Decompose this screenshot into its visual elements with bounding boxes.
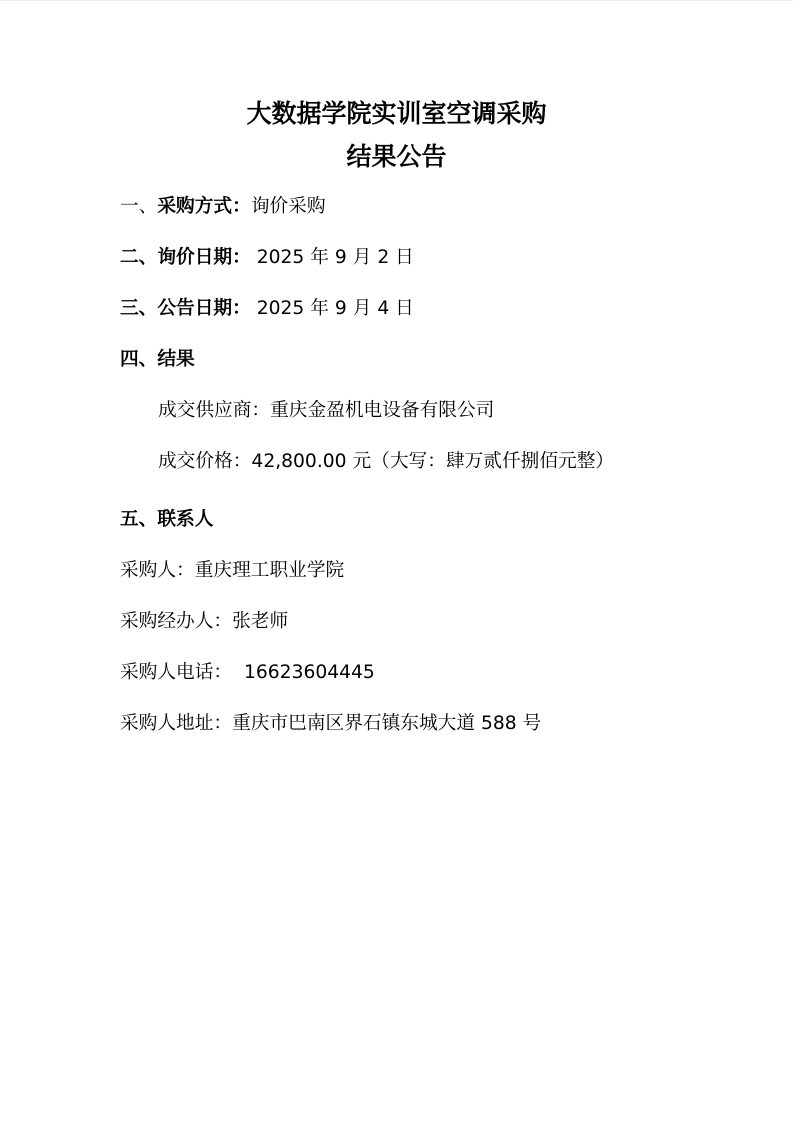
section-number: 一、 bbox=[120, 196, 157, 217]
contact-heading-label: 五、联系人 bbox=[120, 509, 213, 530]
contact-address-line: 采购人地址：重庆市巴南区界石镇东城大道 588 号 bbox=[120, 711, 673, 737]
contact-agent-line: 采购经办人：张老师 bbox=[120, 609, 673, 635]
section-result-heading: 四、结果 bbox=[120, 347, 673, 373]
contact-phone-line: 采购人电话： 16623604445 bbox=[120, 660, 673, 686]
announce-date-value: 2025 年 9 月 4 日 bbox=[251, 298, 414, 319]
section-contact-heading: 五、联系人 bbox=[120, 500, 673, 533]
title-line-2: 结果公告 bbox=[120, 135, 673, 178]
section-announce-date: 三、公告日期： 2025 年 9 月 4 日 bbox=[120, 296, 673, 322]
inquiry-date-label: 二、询价日期： bbox=[120, 247, 251, 268]
inquiry-date-value: 2025 年 9 月 2 日 bbox=[251, 247, 414, 268]
purchase-method-value: 询价采购 bbox=[251, 196, 326, 217]
announce-date-label: 三、公告日期： bbox=[120, 298, 251, 319]
document-page: 大数据学院实训室空调采购结果公告 一、采购方式：询价采购 二、询价日期： 202… bbox=[0, 0, 793, 1122]
purchase-method-label: 采购方式： bbox=[157, 196, 250, 217]
title-line-1: 大数据学院实训室空调采购 bbox=[120, 92, 673, 135]
result-price-line: 成交价格：42,800.00 元（大写：肆万贰仟捌佰元整） bbox=[120, 449, 673, 475]
document-title: 大数据学院实训室空调采购结果公告 bbox=[120, 92, 673, 178]
contact-purchaser-line: 采购人：重庆理工职业学院 bbox=[120, 558, 673, 584]
section-inquiry-date: 二、询价日期： 2025 年 9 月 2 日 bbox=[120, 245, 673, 271]
section-purchase-method: 一、采购方式：询价采购 bbox=[120, 194, 673, 220]
result-heading-label: 四、结果 bbox=[120, 349, 195, 370]
result-supplier-line: 成交供应商：重庆金盈机电设备有限公司 bbox=[120, 398, 673, 424]
